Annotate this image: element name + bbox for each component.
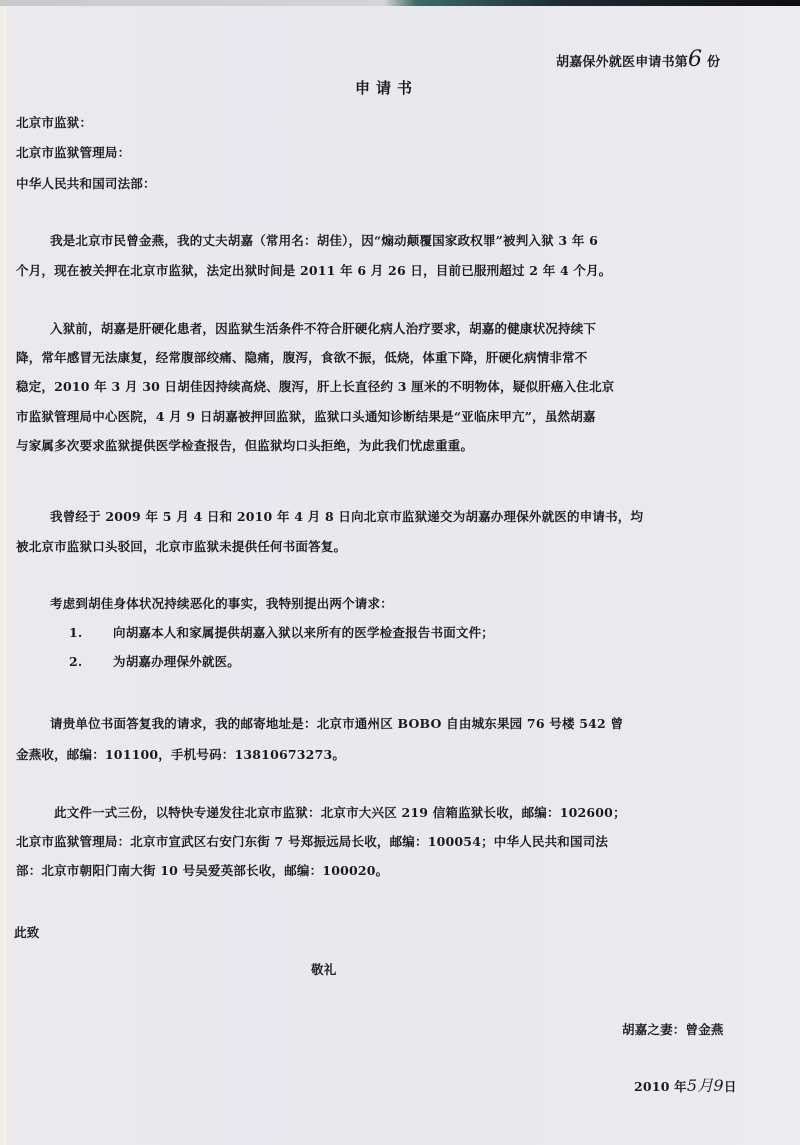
date-day-suffix: 日	[724, 1079, 737, 1094]
request-number: 2.	[69, 654, 82, 670]
paragraph-line: 金燕收，邮编：101100，手机号码：13810673273。	[16, 747, 345, 763]
closing-salutation: 此致	[14, 925, 39, 941]
paragraph-line: 北京市监狱管理局：北京市宣武区右安门东街 7 号郑振远局长收，邮编：100054…	[16, 834, 608, 850]
request-item: 向胡嘉本人和家属提供胡嘉入狱以来所有的医学检查报告书面文件；	[113, 625, 494, 641]
request-number: 1.	[69, 625, 82, 641]
signature: 胡嘉之妻：曾金燕	[622, 1022, 724, 1038]
paragraph-line: 被北京市监狱口头驳回，北京市监狱未提供任何书面答复。	[16, 539, 346, 555]
paragraph-line: 市监狱管理局中心医院，4 月 9 日胡嘉被押回监狱，监狱口头通知诊断结果是“亚临…	[16, 409, 596, 425]
paragraph-line: 入狱前，胡嘉是肝硬化患者，因监狱生活条件不符合肝硬化病人治疗要求，胡嘉的健康状况…	[50, 321, 596, 337]
paragraph-line: 个月，现在被关押在北京市监狱，法定出狱时间是 2011 年 6 月 26 日，目…	[16, 263, 612, 279]
document-title: 申请书	[355, 80, 418, 96]
paragraph-line: 请贵单位书面答复我的请求，我的邮寄地址是：北京市通州区 BOBO 自由城东果园 …	[50, 716, 623, 732]
addressee: 中华人民共和国司法部：	[16, 176, 156, 192]
addressee: 北京市监狱管理局：	[16, 145, 130, 161]
handwritten-date: 5月9	[687, 1076, 724, 1095]
paragraph-line: 我是北京市民曾金燕，我的丈夫胡嘉（常用名：胡佳），因“煽动颠覆国家政权罪”被判入…	[50, 233, 598, 249]
paragraph-line: 此文件一式三份，以特快专递发往北京市监狱：北京市大兴区 219 信箱监狱长收，邮…	[54, 805, 626, 821]
regards: 敬礼	[311, 962, 336, 978]
paragraph-line: 降，常年感冒无法康复，经常腹部绞痛、隐痛，腹泻，食欲不振，低烧，体重下降，肝硬化…	[16, 350, 588, 366]
handwritten-copy-number: 6	[688, 47, 702, 72]
date-year: 2010 年	[634, 1079, 687, 1094]
paragraph-line: 考虑到胡佳身体状况持续恶化的事实，我特别提出两个请求：	[50, 596, 393, 612]
addressee: 北京市监狱：	[16, 115, 92, 131]
paragraph-line: 我曾经于 2009 年 5 月 4 日和 2010 年 4 月 8 日向北京市监…	[50, 509, 643, 525]
copy-label-suffix: 份	[707, 55, 720, 70]
copy-label-prefix: 胡嘉保外就医申请书第	[556, 55, 688, 70]
paragraph-line: 稳定，2010 年 3 月 30 日胡佳因持续高烧、腹泻，肝上长直径约 3 厘米…	[16, 379, 614, 395]
signature-date: 2010 年5月9日	[634, 1078, 737, 1095]
paragraph-line: 部：北京市朝阳门南大街 10 号吴爱英部长收，邮编：100020。	[16, 863, 388, 879]
copy-number-label: 胡嘉保外就医申请书第6 份	[556, 52, 720, 71]
paper-left-edge	[4, 6, 7, 1145]
request-item: 为胡嘉办理保外就医。	[113, 654, 240, 670]
paragraph-line: 与家属多次要求监狱提供医学检查报告，但监狱均口头拒绝，为此我们忧虑重重。	[16, 438, 473, 454]
